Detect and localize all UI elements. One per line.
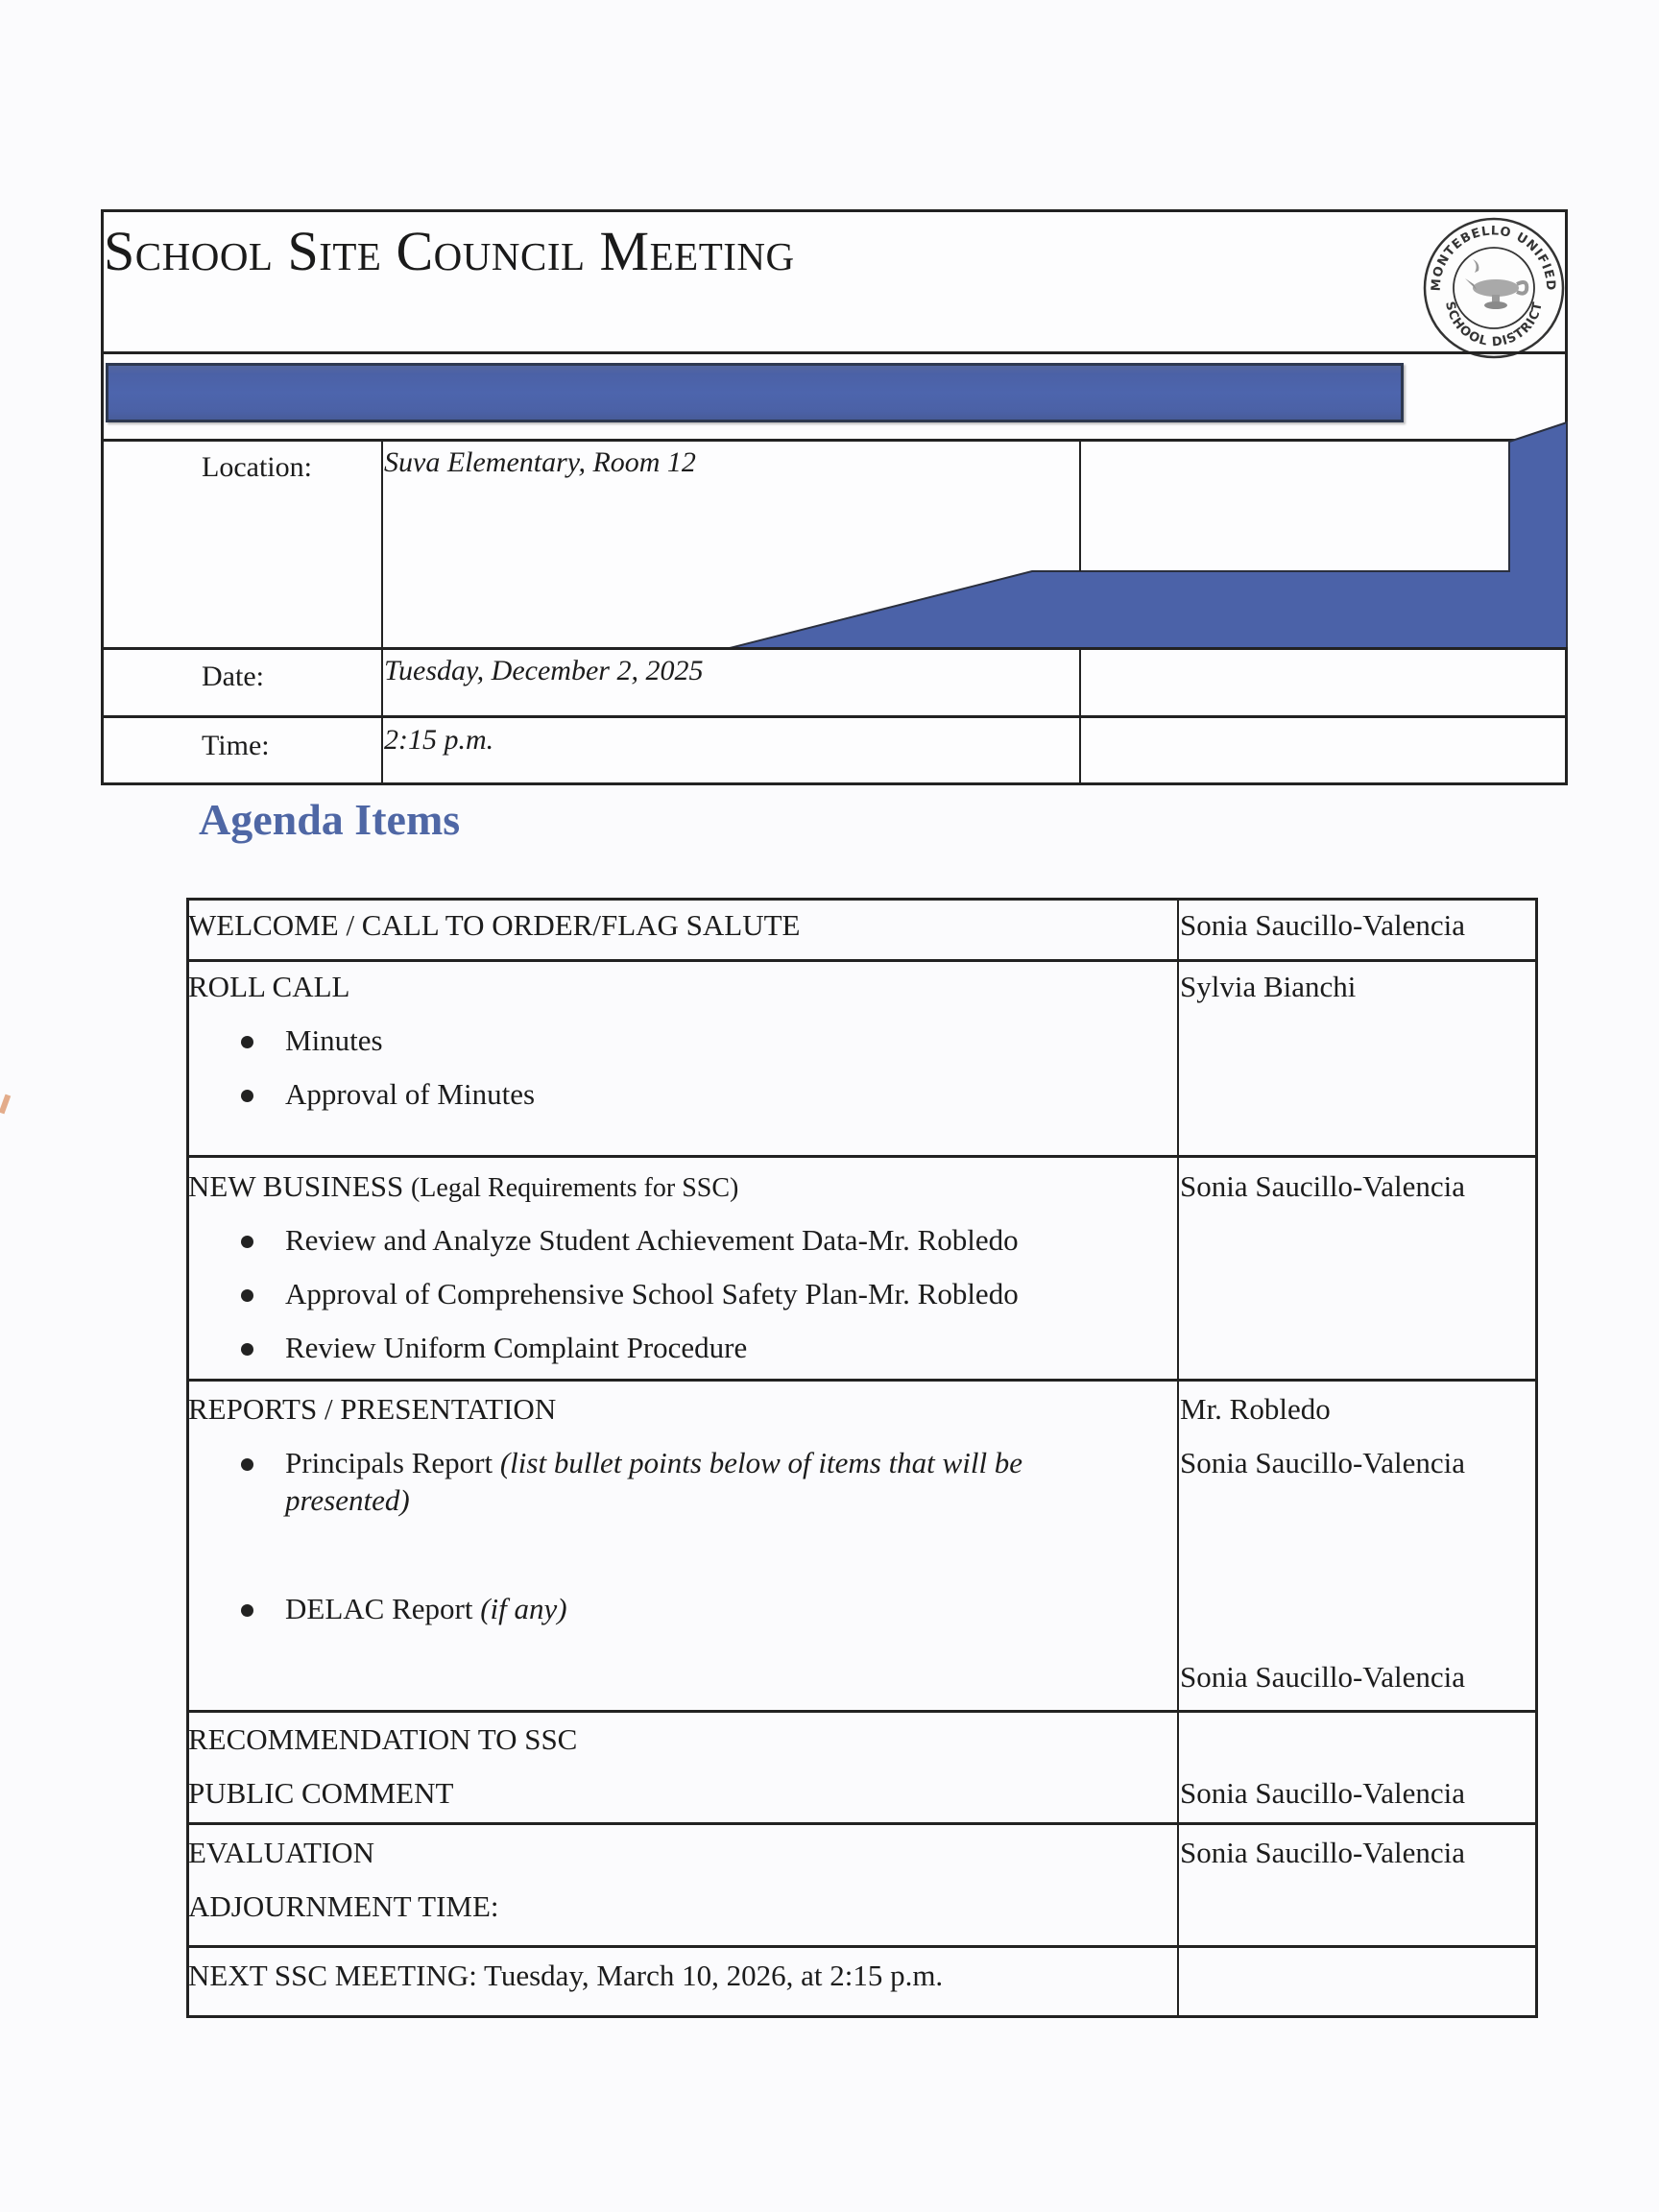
- info-row-divider-1: [101, 647, 1568, 650]
- agenda-subitem: DELAC Report (if any): [285, 1592, 567, 1626]
- agenda-item-title: ROLL CALL: [188, 970, 349, 1004]
- date-value: Tuesday, December 2, 2025: [384, 655, 703, 687]
- agenda-item-title: EVALUATION: [188, 1836, 374, 1870]
- agenda-item-owner: Sonia Saucillo-Valencia: [1180, 1446, 1465, 1480]
- bullet-icon: [241, 1036, 253, 1048]
- decorative-corner-shape: [0, 0, 1659, 672]
- agenda-item-title: RECOMMENDATION TO SSC: [188, 1722, 577, 1757]
- bullet-icon: [241, 1343, 253, 1356]
- agenda-subitem-note: (if any): [480, 1592, 566, 1625]
- scan-artifact: [0, 1094, 11, 1115]
- info-col-divider-1: [381, 439, 383, 785]
- agenda-item-title: ADJOURNMENT TIME:: [188, 1889, 499, 1924]
- agenda-subitem-note-continued: presented): [285, 1483, 410, 1518]
- agenda-row-divider: [186, 1155, 1538, 1158]
- bullet-icon: [241, 1289, 253, 1302]
- agenda-row-divider: [186, 959, 1538, 962]
- agenda-item-owner: Sonia Saucillo-Valencia: [1180, 1660, 1465, 1695]
- agenda-heading: Agenda Items: [199, 794, 460, 845]
- agenda-item-owner: Sonia Saucillo-Valencia: [1180, 1169, 1465, 1204]
- agenda-row-divider: [186, 1710, 1538, 1713]
- agenda-subitem-text: DELAC Report: [285, 1592, 480, 1625]
- agenda-subitem: Review and Analyze Student Achievement D…: [285, 1223, 1019, 1258]
- agenda-subitem-text: Principals Report: [285, 1446, 500, 1479]
- agenda-column-divider: [1177, 898, 1179, 2018]
- agenda-item-title-main: NEW BUSINESS: [188, 1169, 403, 1203]
- bullet-icon: [241, 1090, 253, 1102]
- bullet-icon: [241, 1236, 253, 1248]
- agenda-subitem: Minutes: [285, 1023, 383, 1058]
- agenda-item-owner: Sonia Saucillo-Valencia: [1180, 908, 1465, 943]
- location-value: Suva Elementary, Room 12: [384, 446, 696, 479]
- agenda-subitem: Approval of Comprehensive School Safety …: [285, 1277, 1019, 1311]
- agenda-item-title: NEW BUSINESS (Legal Requirements for SSC…: [188, 1169, 738, 1204]
- next-meeting-text: NEXT SSC MEETING: Tuesday, March 10, 202…: [188, 1959, 943, 1993]
- agenda-item-title-note: (Legal Requirements for SSC): [411, 1173, 738, 1203]
- agenda-subitem: Principals Report (list bullet points be…: [285, 1446, 1022, 1480]
- agenda-item-title: WELCOME / CALL TO ORDER/FLAG SALUTE: [188, 908, 801, 943]
- agenda-row-divider: [186, 1822, 1538, 1825]
- agenda-row-divider: [186, 1945, 1538, 1948]
- time-value: 2:15 p.m.: [384, 724, 493, 757]
- info-row-divider-2: [101, 715, 1568, 718]
- agenda-item-owner: Sonia Saucillo-Valencia: [1180, 1776, 1465, 1811]
- bullet-icon: [241, 1604, 253, 1617]
- agenda-item-owner: Sonia Saucillo-Valencia: [1180, 1836, 1465, 1870]
- agenda-subitem-note: (list bullet points below of items that …: [500, 1446, 1022, 1479]
- agenda-subitem: Review Uniform Complaint Procedure: [285, 1331, 747, 1365]
- agenda-subitem: Approval of Minutes: [285, 1077, 535, 1112]
- location-label: Location:: [101, 451, 379, 484]
- info-col-divider-2: [1079, 439, 1081, 571]
- agenda-item-title: PUBLIC COMMENT: [188, 1776, 453, 1811]
- agenda-item-title: REPORTS / PRESENTATION: [188, 1392, 556, 1427]
- time-label: Time:: [101, 730, 379, 762]
- date-label: Date:: [101, 661, 379, 693]
- agenda-item-owner: Sylvia Bianchi: [1180, 970, 1356, 1004]
- agenda-row-divider: [186, 1379, 1538, 1382]
- bullet-icon: [241, 1458, 253, 1471]
- agenda-item-owner: Mr. Robledo: [1180, 1392, 1331, 1427]
